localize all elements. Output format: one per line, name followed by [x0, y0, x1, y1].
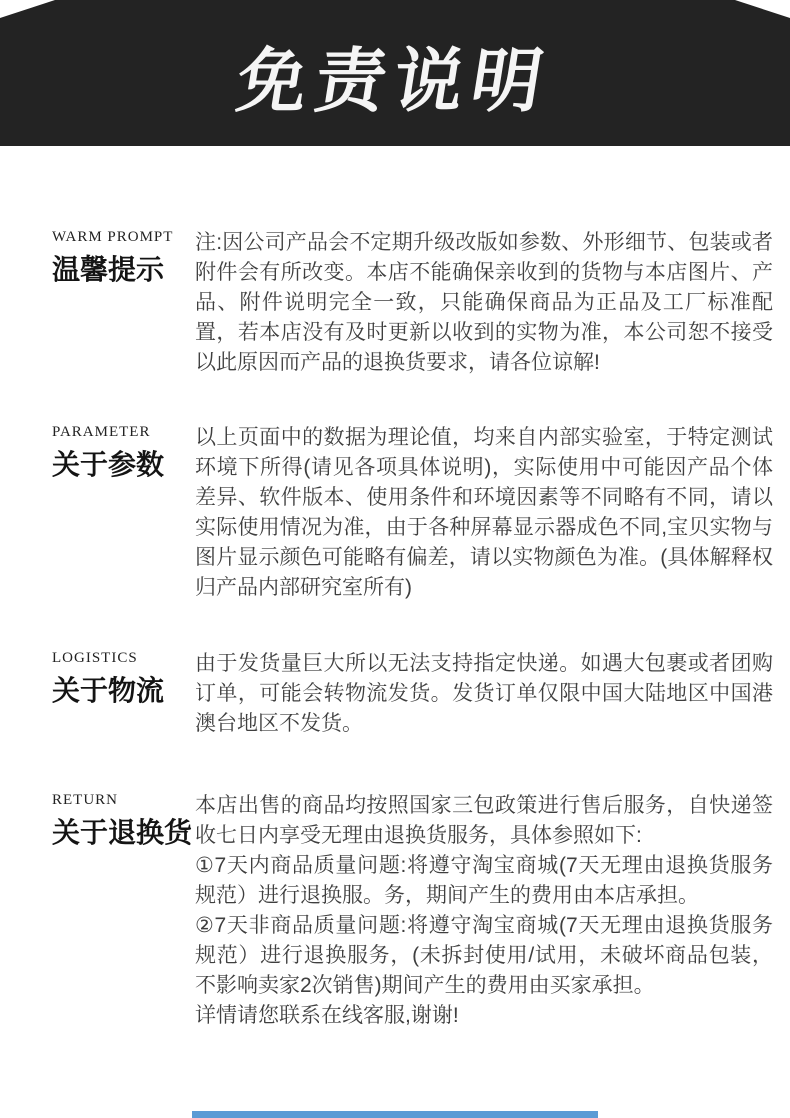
section-label: RETURN 关于退换货	[0, 791, 195, 848]
section-label-en: RETURN	[52, 791, 195, 809]
section-label-zh: 关于参数	[52, 450, 195, 480]
section-logistics: LOGISTICS 关于物流 由于发货量巨大所以无法支持指定快递。如遇大包裹或者…	[0, 649, 790, 739]
section-body: 本店出售的商品均按照国家三包政策进行售后服务，自快递签收七日内享受无理由退换货服…	[195, 791, 773, 1031]
section-label: PARAMETER 关于参数	[0, 423, 195, 480]
section-paragraph: 以上页面中的数据为理论值，均来自内部实验室，于特定测试环境下所得(请见各项具体说…	[195, 423, 773, 603]
section-paragraph: 本店出售的商品均按照国家三包政策进行售后服务，自快递签收七日内享受无理由退换货服…	[195, 791, 773, 851]
page-title: 免责说明	[231, 21, 560, 126]
section-paragraph: 注:因公司产品会不定期升级改版如参数、外形细节、包装或者附件会有所改变。本店不能…	[195, 228, 773, 378]
section-label-zh: 关于退换货	[52, 818, 195, 848]
section-label: LOGISTICS 关于物流	[0, 649, 195, 706]
section-body: 注:因公司产品会不定期升级改版如参数、外形细节、包装或者附件会有所改变。本店不能…	[195, 228, 773, 378]
section-label-zh: 关于物流	[52, 676, 195, 706]
disclaimer-sections: WARM PROMPT 温馨提示 注:因公司产品会不定期升级改版如参数、外形细节…	[0, 228, 790, 1031]
section-paragraph: ①7天内商品质量问题:将遵守淘宝商城(7天无理由退换货服务规范）进行退换服。务，…	[195, 851, 773, 911]
disclaimer-page: 免责说明 WARM PROMPT 温馨提示 注:因公司产品会不定期升级改版如参数…	[0, 0, 790, 1118]
section-label-en: WARM PROMPT	[52, 228, 195, 246]
section-paragraph: ②7天非商品质量问题:将遵守淘宝商城(7天无理由退换货服务规范）进行退换服务，(…	[195, 911, 773, 1001]
section-paragraph: 由于发货量巨大所以无法支持指定快递。如遇大包裹或者团购订单，可能会转物流发货。发…	[195, 649, 773, 739]
section-label: WARM PROMPT 温馨提示	[0, 228, 195, 285]
next-section-accent-bar	[192, 1111, 598, 1118]
section-return: RETURN 关于退换货 本店出售的商品均按照国家三包政策进行售后服务，自快递签…	[0, 791, 790, 1031]
section-parameter: PARAMETER 关于参数 以上页面中的数据为理论值，均来自内部实验室，于特定…	[0, 423, 790, 603]
section-label-zh: 温馨提示	[52, 255, 195, 285]
section-body: 以上页面中的数据为理论值，均来自内部实验室，于特定测试环境下所得(请见各项具体说…	[195, 423, 773, 603]
section-paragraph: 详情请您联系在线客服,谢谢!	[195, 1001, 773, 1031]
section-warm-prompt: WARM PROMPT 温馨提示 注:因公司产品会不定期升级改版如参数、外形细节…	[0, 228, 790, 378]
section-label-en: PARAMETER	[52, 423, 195, 441]
disclaimer-banner: 免责说明	[0, 0, 790, 146]
section-body: 由于发货量巨大所以无法支持指定快递。如遇大包裹或者团购订单，可能会转物流发货。发…	[195, 649, 773, 739]
section-label-en: LOGISTICS	[52, 649, 195, 667]
